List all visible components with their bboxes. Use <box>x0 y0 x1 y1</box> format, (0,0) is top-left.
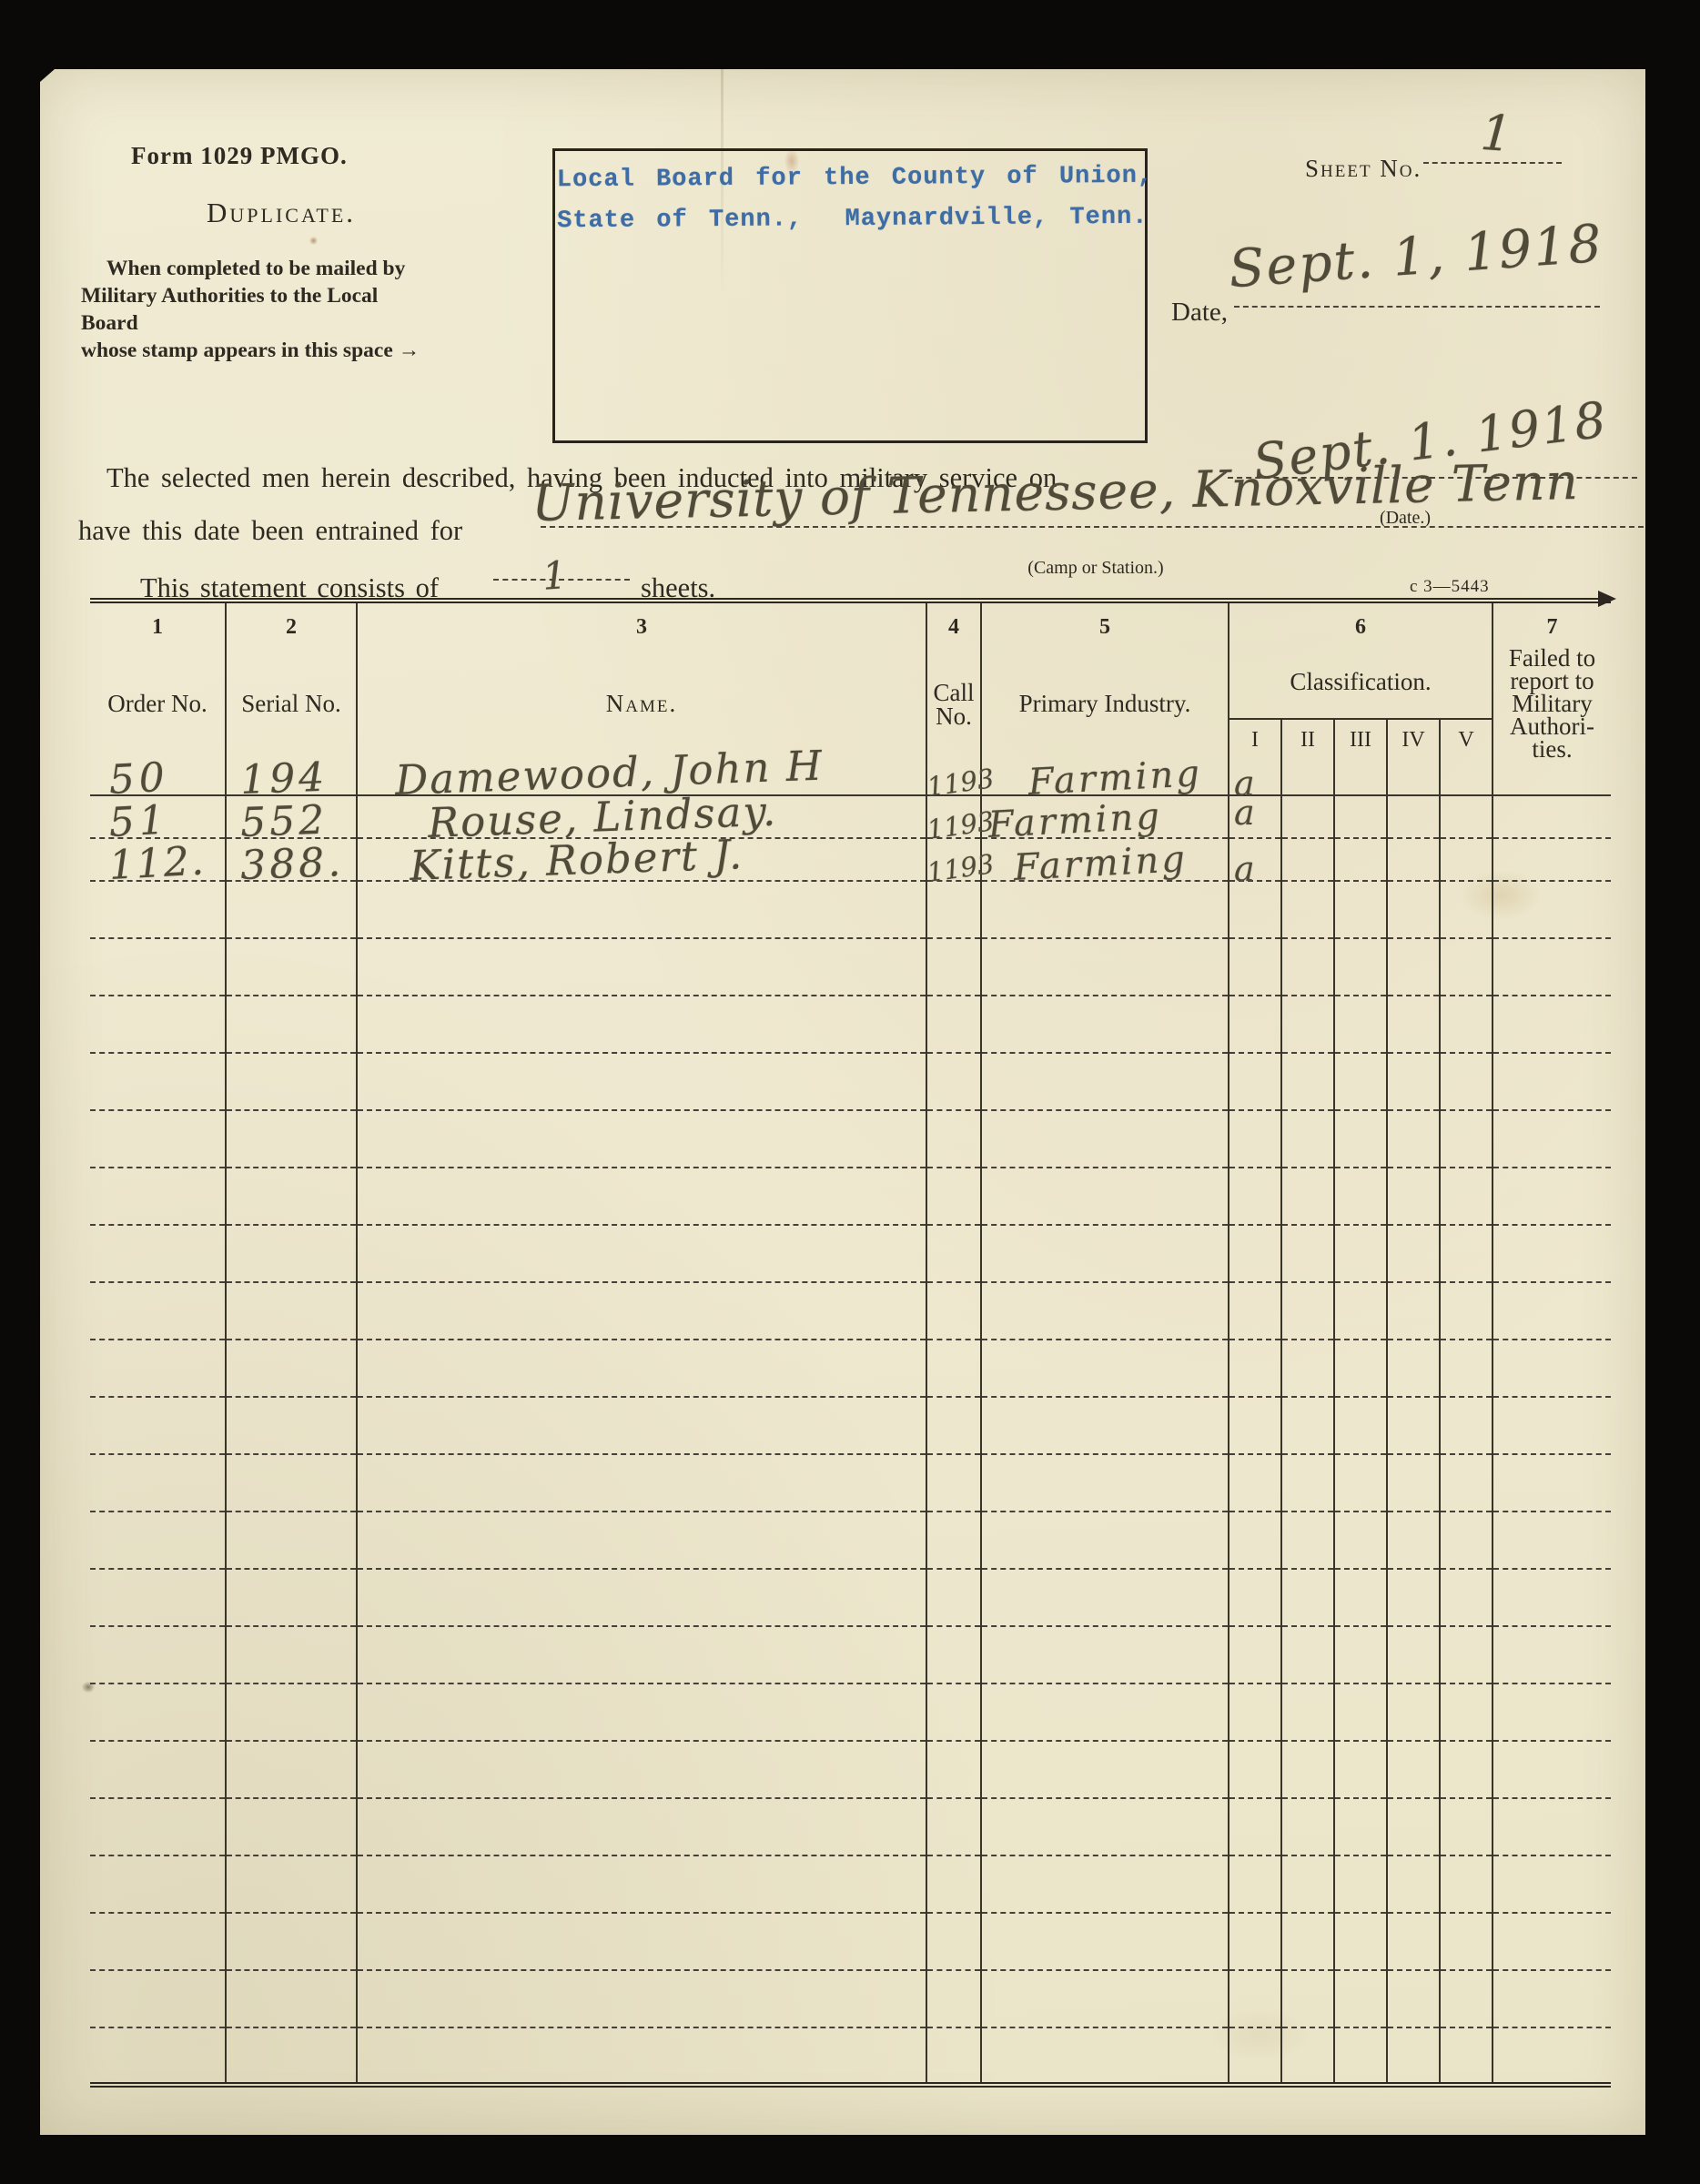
empty-cell <box>1387 938 1440 996</box>
empty-cell <box>226 1053 357 1110</box>
empty-cell <box>1281 1053 1334 1110</box>
cell-serial: 552 <box>226 795 357 838</box>
cell-classification <box>1387 761 1440 795</box>
empty-cell <box>1493 996 1611 1053</box>
empty-cell <box>90 881 226 938</box>
empty-cell <box>981 996 1229 1053</box>
empty-cell <box>981 938 1229 996</box>
empty-cell <box>926 881 981 938</box>
empty-cell <box>1281 1970 1334 2027</box>
empty-cell <box>1493 1225 1611 1282</box>
empty-table-row <box>90 938 1611 996</box>
empty-cell <box>357 2027 926 2085</box>
empty-cell <box>981 1110 1229 1168</box>
empty-cell <box>1281 1913 1334 1970</box>
empty-cell <box>1229 1970 1281 2027</box>
empty-cell <box>1334 1282 1387 1340</box>
empty-cell <box>1493 1397 1611 1454</box>
cell-classification: a <box>1229 838 1281 881</box>
empty-table-row <box>90 1454 1611 1512</box>
empty-cell <box>926 1225 981 1282</box>
empty-cell <box>226 1110 357 1168</box>
table-row: 50194Damewood, John H1193Farminga <box>90 761 1611 795</box>
empty-cell <box>1493 1110 1611 1168</box>
cell-classification: a <box>1229 761 1281 795</box>
empty-cell <box>926 1913 981 1970</box>
empty-cell <box>1440 1970 1493 2027</box>
column-header-order-no: Order No. <box>90 647 226 761</box>
empty-cell <box>1281 938 1334 996</box>
empty-cell <box>226 938 357 996</box>
entrained-sentence: have this date been entrained for <box>78 515 462 547</box>
empty-cell <box>1493 1340 1611 1397</box>
empty-table-row <box>90 1168 1611 1225</box>
empty-cell <box>1440 996 1493 1053</box>
empty-cell <box>981 1282 1229 1340</box>
hw-serial-handwritten: 552 <box>239 801 328 844</box>
empty-cell <box>1229 996 1281 1053</box>
column-number: 2 <box>226 601 357 647</box>
empty-cell <box>926 1512 981 1569</box>
empty-cell <box>1334 1569 1387 1626</box>
empty-cell <box>1440 1397 1493 1454</box>
classification-column-v: V <box>1440 719 1493 761</box>
column-headers-row: Order No. Serial No. Name. CallNo. Prima… <box>90 647 1611 719</box>
cell-failed <box>1493 795 1611 838</box>
empty-table-row <box>90 1741 1611 1798</box>
empty-cell <box>1387 1282 1440 1340</box>
table-row: 112.388.Kitts, Robert J.1193Farminga <box>90 838 1611 881</box>
empty-cell <box>1440 1683 1493 1741</box>
empty-cell <box>1334 1855 1387 1913</box>
empty-cell <box>926 1168 981 1225</box>
cell-classification <box>1334 838 1387 881</box>
empty-cell <box>90 1683 226 1741</box>
sheet-no-value-handwritten: 1 <box>1479 108 1513 159</box>
empty-cell <box>357 938 926 996</box>
empty-cell <box>226 1913 357 1970</box>
empty-cell <box>926 1397 981 1454</box>
empty-cell <box>1493 1454 1611 1512</box>
empty-cell <box>1281 1569 1334 1626</box>
empty-cell <box>926 1340 981 1397</box>
empty-cell <box>1387 1855 1440 1913</box>
empty-cell <box>1334 1798 1387 1855</box>
empty-cell <box>1229 1512 1281 1569</box>
empty-cell <box>926 996 981 1053</box>
empty-table-row <box>90 1569 1611 1626</box>
empty-cell <box>1493 1970 1611 2027</box>
empty-cell <box>226 1282 357 1340</box>
empty-cell <box>1493 938 1611 996</box>
table-row: 51552Rouse, Lindsay.1193Farminga <box>90 795 1611 838</box>
empty-cell <box>90 1970 226 2027</box>
empty-cell <box>1493 1855 1611 1913</box>
empty-cell <box>981 1855 1229 1913</box>
empty-cell <box>1440 1053 1493 1110</box>
empty-cell <box>357 1397 926 1454</box>
empty-cell <box>1493 1053 1611 1110</box>
empty-cell <box>1440 1741 1493 1798</box>
empty-cell <box>1281 1110 1334 1168</box>
empty-cell <box>1387 1741 1440 1798</box>
empty-cell <box>357 1913 926 1970</box>
empty-cell <box>90 1626 226 1683</box>
empty-cell <box>1440 1855 1493 1913</box>
call-header-line: No. <box>936 703 972 730</box>
paper-stain <box>309 237 318 245</box>
sheet-no-label: Sheet No. <box>1305 155 1422 183</box>
empty-cell <box>226 1225 357 1282</box>
empty-cell <box>1493 1626 1611 1683</box>
hw-classification-handwritten: a <box>1234 852 1255 886</box>
cell-classification <box>1440 795 1493 838</box>
empty-cell <box>357 1110 926 1168</box>
empty-cell <box>90 1798 226 1855</box>
mailing-instructions-line: whose stamp appears in this space → <box>81 337 438 364</box>
cell-failed <box>1493 761 1611 795</box>
empty-cell <box>1387 1626 1440 1683</box>
hw-classification-handwritten: a <box>1234 795 1255 830</box>
empty-cell <box>90 1397 226 1454</box>
empty-cell <box>1229 1569 1281 1626</box>
empty-cell <box>926 1798 981 1855</box>
empty-cell <box>1334 881 1387 938</box>
empty-table-row <box>90 1512 1611 1569</box>
classification-column-iv: IV <box>1387 719 1440 761</box>
empty-cell <box>1387 1970 1440 2027</box>
empty-cell <box>1440 1798 1493 1855</box>
empty-cell <box>357 1454 926 1512</box>
empty-cell <box>1440 1913 1493 1970</box>
empty-cell <box>926 2027 981 2085</box>
empty-cell <box>357 1168 926 1225</box>
hw-industry-handwritten: Farming <box>1027 755 1203 801</box>
empty-cell <box>357 1741 926 1798</box>
empty-cell <box>226 1970 357 2027</box>
empty-cell <box>1387 881 1440 938</box>
entrained-blank-line <box>541 526 1644 528</box>
hw-order-handwritten: 112. <box>108 842 207 886</box>
empty-table-row <box>90 1683 1611 1741</box>
empty-cell <box>1493 1798 1611 1855</box>
empty-cell <box>1229 1798 1281 1855</box>
column-number: 6 <box>1229 601 1493 647</box>
column-header-name: Name. <box>357 647 926 761</box>
empty-cell <box>1493 1569 1611 1626</box>
date-blank-line <box>1234 306 1600 308</box>
empty-cell <box>357 1282 926 1340</box>
cell-serial: 388. <box>226 838 357 881</box>
print-code: c 3—5443 <box>1410 577 1490 597</box>
empty-cell <box>1229 938 1281 996</box>
empty-cell <box>90 1512 226 1569</box>
empty-table-row <box>90 1970 1611 2027</box>
empty-cell <box>226 881 357 938</box>
date-value-handwritten: Sept. 1, 1918 <box>1228 218 1605 297</box>
empty-cell <box>357 1855 926 1913</box>
empty-cell <box>1387 1512 1440 1569</box>
empty-cell <box>1440 1626 1493 1683</box>
empty-cell <box>926 1970 981 2027</box>
empty-cell <box>926 1855 981 1913</box>
empty-cell <box>981 1397 1229 1454</box>
empty-cell <box>226 1798 357 1855</box>
empty-cell <box>1281 1168 1334 1225</box>
empty-cell <box>1281 1683 1334 1741</box>
empty-cell <box>1387 1340 1440 1397</box>
classification-column-ii: II <box>1281 719 1334 761</box>
empty-cell <box>1334 1168 1387 1225</box>
empty-cell <box>981 1626 1229 1683</box>
empty-cell <box>90 1741 226 1798</box>
empty-cell <box>1334 1970 1387 2027</box>
column-header-serial-no: Serial No. <box>226 647 357 761</box>
empty-cell <box>90 2027 226 2085</box>
empty-cell <box>926 1569 981 1626</box>
empty-table-row <box>90 1110 1611 1168</box>
empty-cell <box>1229 1683 1281 1741</box>
empty-cell <box>981 1454 1229 1512</box>
empty-cell <box>1387 1683 1440 1741</box>
empty-table-row <box>90 881 1611 938</box>
empty-cell <box>1387 1110 1440 1168</box>
empty-cell <box>981 1683 1229 1741</box>
empty-cell <box>1281 881 1334 938</box>
empty-cell <box>90 1282 226 1340</box>
empty-cell <box>226 996 357 1053</box>
empty-cell <box>981 1970 1229 2027</box>
empty-cell <box>1440 1454 1493 1512</box>
empty-table-row <box>90 1798 1611 1855</box>
empty-cell <box>90 1340 226 1397</box>
cell-classification <box>1281 838 1334 881</box>
empty-cell <box>1334 2027 1387 2085</box>
empty-cell <box>226 1168 357 1225</box>
empty-cell <box>1334 1626 1387 1683</box>
empty-cell <box>226 1855 357 1913</box>
hw-serial-handwritten: 388. <box>239 843 344 886</box>
sheet-no-blank-line <box>1423 162 1562 164</box>
empty-cell <box>226 1397 357 1454</box>
empty-cell <box>1229 1110 1281 1168</box>
empty-cell <box>1334 1340 1387 1397</box>
stamp-line-1: Local Board for the County of Union, <box>557 163 1153 195</box>
empty-cell <box>226 1512 357 1569</box>
empty-cell <box>926 938 981 996</box>
camp-or-station-caption: (Camp or Station.) <box>959 558 1232 579</box>
cell-classification <box>1334 795 1387 838</box>
empty-cell <box>1387 1225 1440 1282</box>
scanned-document-page: { "colors": { "background": "#0b0907", "… <box>0 0 1700 2184</box>
hw-serial-handwritten: 194 <box>239 758 328 801</box>
empty-table-row <box>90 1626 1611 1683</box>
column-number: 5 <box>981 601 1229 647</box>
empty-cell <box>357 1225 926 1282</box>
column-number: 7 <box>1493 601 1611 647</box>
column-numbers-row: 1 2 3 4 5 6 7 <box>90 601 1611 647</box>
mailing-instructions-line: Military Authorities to the Local Board <box>81 282 438 337</box>
empty-cell <box>1334 1454 1387 1512</box>
table-top-rule-arrow-icon <box>1598 591 1616 607</box>
stamp-line-2: State of Tenn., Maynardville, Tenn. <box>557 204 1148 236</box>
empty-cell <box>1440 1282 1493 1340</box>
column-header-classification: Classification. <box>1229 647 1493 719</box>
empty-cell <box>90 1913 226 1970</box>
empty-cell <box>981 1512 1229 1569</box>
cell-classification <box>1387 838 1440 881</box>
empty-cell <box>981 1340 1229 1397</box>
selectees-table: 1 2 3 4 5 6 7 Order No. Serial No. Name.… <box>90 598 1611 2088</box>
empty-cell <box>1334 1110 1387 1168</box>
empty-cell <box>1440 1225 1493 1282</box>
empty-cell <box>1229 1053 1281 1110</box>
empty-cell <box>1440 2027 1493 2085</box>
mailing-instructions: When completed to be mailed by Military … <box>81 255 438 364</box>
empty-cell <box>1440 1340 1493 1397</box>
empty-cell <box>226 1683 357 1741</box>
empty-cell <box>1334 938 1387 996</box>
failed-header-line: ties. <box>1493 738 1611 761</box>
empty-cell <box>357 1569 926 1626</box>
empty-cell <box>926 1454 981 1512</box>
empty-cell <box>90 996 226 1053</box>
mailing-instructions-line: When completed to be mailed by <box>81 255 438 282</box>
empty-cell <box>981 1168 1229 1225</box>
empty-cell <box>1229 1855 1281 1913</box>
empty-cell <box>357 1626 926 1683</box>
cell-classification <box>1281 795 1334 838</box>
column-number: 4 <box>926 601 981 647</box>
empty-cell <box>1493 2027 1611 2085</box>
column-number: 1 <box>90 601 226 647</box>
empty-cell <box>226 1340 357 1397</box>
empty-cell <box>1440 1569 1493 1626</box>
empty-cell <box>981 1913 1229 1970</box>
cell-order: 112. <box>90 838 226 881</box>
empty-cell <box>90 1225 226 1282</box>
column-header-primary-industry: Primary Industry. <box>981 647 1229 761</box>
cell-classification <box>1281 761 1334 795</box>
empty-cell <box>1229 1168 1281 1225</box>
hw-order-handwritten: 50 <box>108 758 170 801</box>
empty-cell <box>1334 1741 1387 1798</box>
empty-cell <box>1334 1512 1387 1569</box>
empty-table-row <box>90 1053 1611 1110</box>
empty-cell <box>1281 996 1334 1053</box>
empty-cell <box>926 1741 981 1798</box>
empty-cell <box>1281 1340 1334 1397</box>
cell-name: Rouse, Lindsay. <box>357 795 926 838</box>
empty-cell <box>357 1798 926 1855</box>
cell-call: 1193 <box>926 761 981 795</box>
empty-table-row <box>90 1913 1611 1970</box>
cell-industry: Farming <box>981 761 1229 795</box>
empty-cell <box>1281 1397 1334 1454</box>
empty-cell <box>1387 1397 1440 1454</box>
empty-cell <box>1440 1110 1493 1168</box>
empty-cell <box>1440 1512 1493 1569</box>
empty-cell <box>1281 1798 1334 1855</box>
empty-cell <box>981 1798 1229 1855</box>
empty-cell <box>90 1053 226 1110</box>
empty-cell <box>1387 2027 1440 2085</box>
empty-cell <box>981 1225 1229 1282</box>
column-header-call-no: CallNo. <box>926 647 981 761</box>
duplicate-label: Duplicate. <box>207 197 356 229</box>
empty-cell <box>1334 1913 1387 1970</box>
empty-table-row <box>90 1340 1611 1397</box>
cell-serial: 194 <box>226 761 357 795</box>
column-header-failed-to-report: Failed to report to Military Authori- ti… <box>1493 647 1611 761</box>
empty-cell <box>1387 1053 1440 1110</box>
empty-table-row <box>90 2027 1611 2085</box>
empty-cell <box>226 1454 357 1512</box>
empty-cell <box>1440 1168 1493 1225</box>
empty-cell <box>1229 1626 1281 1683</box>
empty-cell <box>357 996 926 1053</box>
empty-cell <box>357 1340 926 1397</box>
empty-cell <box>981 1741 1229 1798</box>
empty-cell <box>357 1053 926 1110</box>
classification-column-i: I <box>1229 719 1281 761</box>
empty-cell <box>90 938 226 996</box>
empty-cell <box>1387 1798 1440 1855</box>
empty-cell <box>1387 1569 1440 1626</box>
empty-cell <box>90 1454 226 1512</box>
empty-cell <box>1229 1913 1281 1970</box>
empty-cell <box>1229 1340 1281 1397</box>
empty-cell <box>1229 1454 1281 1512</box>
empty-cell <box>926 1282 981 1340</box>
empty-cell <box>1387 1454 1440 1512</box>
empty-table-row <box>90 1282 1611 1340</box>
form-paper-sheet: Form 1029 PMGO. Duplicate. When complete… <box>40 69 1645 2135</box>
empty-cell <box>926 1683 981 1741</box>
cell-name: Kitts, Robert J. <box>357 838 926 881</box>
empty-cell <box>981 881 1229 938</box>
cell-failed <box>1493 838 1611 881</box>
empty-cell <box>1334 1683 1387 1741</box>
empty-cell <box>90 1569 226 1626</box>
empty-cell <box>1334 996 1387 1053</box>
empty-cell <box>1387 1913 1440 1970</box>
empty-cell <box>1281 1626 1334 1683</box>
empty-cell <box>1281 1282 1334 1340</box>
empty-cell <box>1281 1741 1334 1798</box>
empty-cell <box>1334 1397 1387 1454</box>
empty-table-row <box>90 1225 1611 1282</box>
empty-cell <box>1493 1741 1611 1798</box>
empty-cell <box>1229 1741 1281 1798</box>
empty-cell <box>1229 1282 1281 1340</box>
empty-cell <box>1281 1855 1334 1913</box>
hw-order-handwritten: 51 <box>108 801 170 844</box>
cell-classification <box>1387 795 1440 838</box>
cell-classification <box>1440 838 1493 881</box>
empty-cell <box>981 2027 1229 2085</box>
empty-cell <box>1493 1282 1611 1340</box>
classification-column-iii: III <box>1334 719 1387 761</box>
cell-classification <box>1334 761 1387 795</box>
empty-table-row <box>90 1397 1611 1454</box>
empty-cell <box>1493 1683 1611 1741</box>
empty-cell <box>1493 1913 1611 1970</box>
empty-cell <box>1281 1225 1334 1282</box>
local-board-stamp-text: Local Board for the County of Union,Stat… <box>557 157 1154 243</box>
cell-classification <box>1440 761 1493 795</box>
empty-cell <box>926 1110 981 1168</box>
